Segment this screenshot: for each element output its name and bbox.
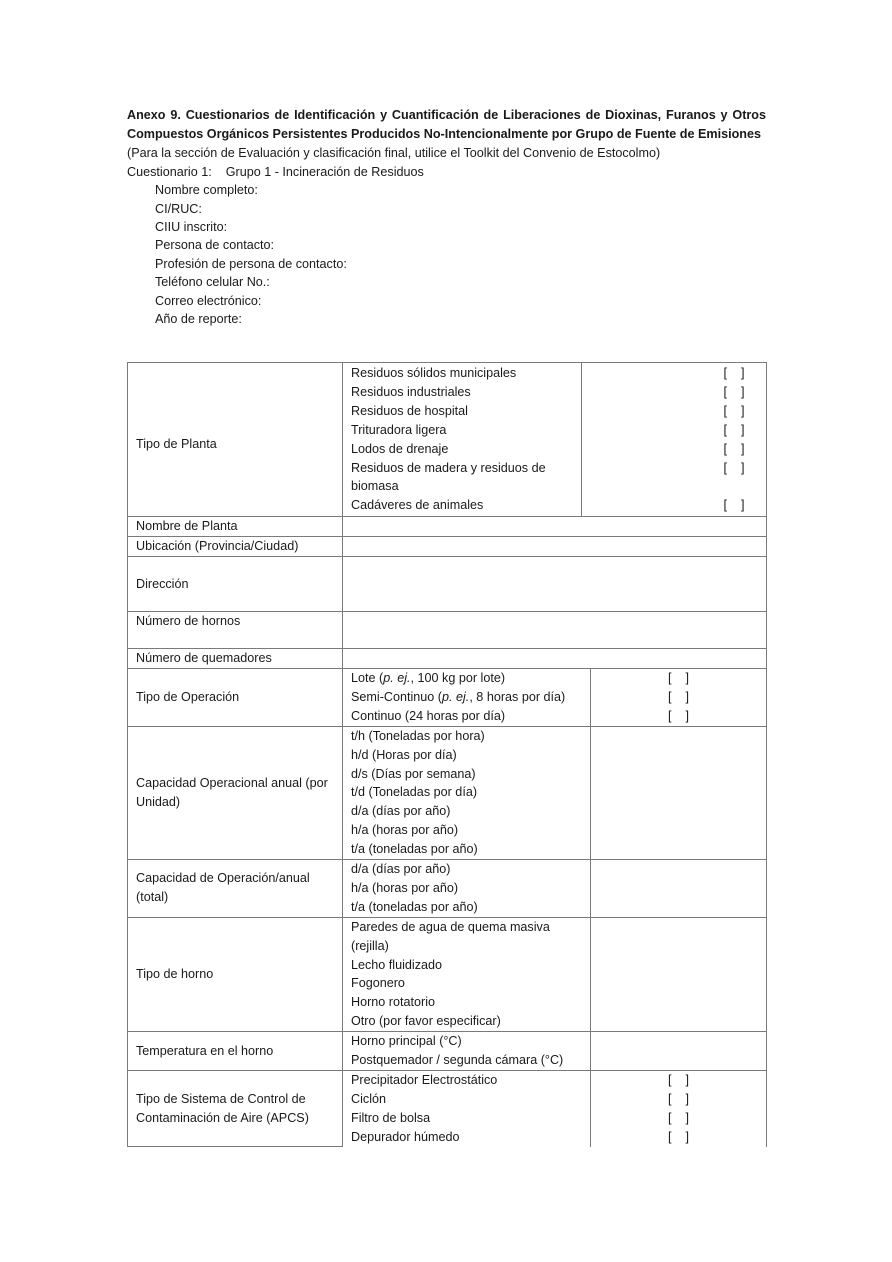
document-title: Anexo 9. Cuestionarios de Identificación… <box>127 106 766 144</box>
questionnaire-heading: Cuestionario 1: Grupo 1 - Incineración d… <box>127 163 766 182</box>
table-row-nombre-planta: Nombre de Planta <box>128 517 767 537</box>
field-profesion-contacto[interactable]: Profesión de persona de contacto: <box>155 255 766 273</box>
option-label: Cadáveres de animales <box>351 496 573 515</box>
row-label: Temperatura en el horno <box>128 1032 343 1071</box>
capacity-unit-values-input[interactable] <box>591 726 767 859</box>
field-nombre-completo[interactable]: Nombre completo: <box>155 181 766 199</box>
option-label: Residuos de hospital <box>351 402 573 421</box>
checkbox[interactable]: [ ] <box>591 1128 766 1147</box>
option-label: Lodos de drenaje <box>351 440 573 459</box>
option-label: d/a (días por año) <box>351 860 582 879</box>
table-row-ubicacion: Ubicación (Provincia/Ciudad) <box>128 537 767 557</box>
option-label: h/d (Horas por día) <box>351 746 582 765</box>
row-label: Tipo de Sistema de Control de Contaminac… <box>128 1071 343 1147</box>
option-label: d/s (Días por semana) <box>351 765 582 784</box>
checkbox[interactable]: [ ] <box>591 1090 766 1109</box>
checkbox[interactable]: [ ] <box>591 1109 766 1128</box>
row-label: Nombre de Planta <box>128 517 343 537</box>
checkbox[interactable]: [ ] <box>702 440 766 459</box>
option-label: t/d (Toneladas por día) <box>351 783 582 802</box>
table-row-num-hornos: Número de hornos <box>128 612 767 649</box>
checkbox[interactable]: [ ] <box>591 688 766 707</box>
option-label: Residuos industriales <box>351 383 573 402</box>
option-label: Continuo (24 horas por día) <box>351 707 582 726</box>
row-label: Capacidad Operacional anual (por Unidad) <box>128 726 343 859</box>
temperature-input[interactable] <box>591 1032 767 1071</box>
row-label: Dirección <box>128 557 343 612</box>
option-label: t/h (Toneladas por hora) <box>351 727 582 746</box>
table-row-capacidad-unidad: Capacidad Operacional anual (por Unidad)… <box>128 726 767 859</box>
checkbox[interactable]: [ ] <box>702 402 766 421</box>
option-label: Lote (p. ej., 100 kg por lote) <box>351 669 582 688</box>
option-label: t/a (toneladas por año) <box>351 898 582 917</box>
checkbox[interactable]: [ ] <box>591 707 766 726</box>
option-label: d/a (días por año) <box>351 802 582 821</box>
document-page: Anexo 9. Cuestionarios de Identificación… <box>127 106 766 328</box>
nombre-planta-input[interactable] <box>343 517 767 537</box>
option-label: Trituradora ligera <box>351 421 573 440</box>
operation-type-options: Lote (p. ej., 100 kg por lote) Semi-Cont… <box>343 668 591 726</box>
option-label: Residuos sólidos municipales <box>351 364 573 383</box>
row-label: Número de hornos <box>128 612 343 649</box>
option-label: h/a (horas por año) <box>351 879 582 898</box>
row-label: Número de quemadores <box>128 649 343 669</box>
field-telefono[interactable]: Teléfono celular No.: <box>155 273 766 291</box>
checkbox[interactable]: [ ] <box>702 364 766 383</box>
apcs-checkboxes: [ ] [ ] [ ] [ ] <box>591 1071 767 1147</box>
capacity-total-values-input[interactable] <box>591 860 767 918</box>
option-label: Ciclón <box>351 1090 582 1109</box>
field-ci-ruc[interactable]: CI/RUC: <box>155 200 766 218</box>
row-label: Ubicación (Provincia/Ciudad) <box>128 537 343 557</box>
option-label: Residuos de madera y residuos de biomasa <box>351 459 573 497</box>
num-hornos-input[interactable] <box>343 612 767 649</box>
temperature-options: Horno principal (°C) Postquemador / segu… <box>343 1032 591 1071</box>
operation-type-checkboxes: [ ] [ ] [ ] <box>591 668 767 726</box>
checkbox[interactable]: [ ] <box>591 1071 766 1090</box>
table-row-direccion: Dirección <box>128 557 767 612</box>
row-label: Capacidad de Operación/anual (total) <box>128 860 343 918</box>
row-label: Tipo de Operación <box>128 668 343 726</box>
row-label: Tipo de horno <box>128 917 343 1031</box>
checkbox[interactable]: [ ] <box>702 459 766 478</box>
capacity-unit-options: t/h (Toneladas por hora) h/d (Horas por … <box>343 726 591 859</box>
document-note: (Para la sección de Evaluación y clasifi… <box>127 144 766 163</box>
questionnaire-table: Tipo de Planta Residuos sólidos municipa… <box>127 362 767 1147</box>
identification-fields: Nombre completo: CI/RUC: CIIU inscrito: … <box>127 181 766 328</box>
checkbox[interactable]: [ ] <box>702 383 766 402</box>
option-label: Precipitador Electrostático <box>351 1071 582 1090</box>
plant-type-checkboxes: [ ] [ ] [ ] [ ] [ ] [ ] [ ] <box>582 363 767 517</box>
option-label: t/a (toneladas por año) <box>351 840 582 859</box>
num-quemadores-input[interactable] <box>343 649 767 669</box>
option-label: Otro (por favor especificar) <box>351 1012 582 1031</box>
field-persona-contacto[interactable]: Persona de contacto: <box>155 236 766 254</box>
checkbox[interactable]: [ ] <box>702 496 766 515</box>
option-label: Postquemador / segunda cámara (°C) <box>351 1051 582 1070</box>
table-row-capacidad-total: Capacidad de Operación/anual (total) d/a… <box>128 860 767 918</box>
table-row-temperatura: Temperatura en el horno Horno principal … <box>128 1032 767 1071</box>
option-label: Depurador húmedo <box>351 1128 582 1147</box>
option-label: Fogonero <box>351 974 582 993</box>
checkbox[interactable]: [ ] <box>591 669 766 688</box>
row-label: Tipo de Planta <box>128 363 343 517</box>
direccion-input[interactable] <box>343 557 767 612</box>
apcs-options: Precipitador Electrostático Ciclón Filtr… <box>343 1071 591 1147</box>
field-correo[interactable]: Correo electrónico: <box>155 292 766 310</box>
option-label: Semi-Continuo (p. ej., 8 horas por día) <box>351 688 582 707</box>
furnace-type-options: Paredes de agua de quema masiva (rejilla… <box>343 917 591 1031</box>
furnace-type-input[interactable] <box>591 917 767 1031</box>
option-label: Paredes de agua de quema masiva (rejilla… <box>351 918 582 956</box>
option-label: Lecho fluidizado <box>351 956 582 975</box>
field-ano-reporte[interactable]: Año de reporte: <box>155 310 766 328</box>
plant-type-options: Residuos sólidos municipales Residuos in… <box>343 363 582 517</box>
ubicacion-input[interactable] <box>343 537 767 557</box>
table-row-tipo-operacion: Tipo de Operación Lote (p. ej., 100 kg p… <box>128 668 767 726</box>
checkbox[interactable]: [ ] <box>702 421 766 440</box>
option-label: Horno principal (°C) <box>351 1032 582 1051</box>
table-row-tipo-horno: Tipo de horno Paredes de agua de quema m… <box>128 917 767 1031</box>
field-ciiu[interactable]: CIIU inscrito: <box>155 218 766 236</box>
option-label: h/a (horas por año) <box>351 821 582 840</box>
capacity-total-options: d/a (días por año) h/a (horas por año) t… <box>343 860 591 918</box>
table-row-num-quemadores: Número de quemadores <box>128 649 767 669</box>
table-row-apcs: Tipo de Sistema de Control de Contaminac… <box>128 1071 767 1147</box>
option-label: Horno rotatorio <box>351 993 582 1012</box>
option-label: Filtro de bolsa <box>351 1109 582 1128</box>
table-row-tipo-planta: Tipo de Planta Residuos sólidos municipa… <box>128 363 767 517</box>
